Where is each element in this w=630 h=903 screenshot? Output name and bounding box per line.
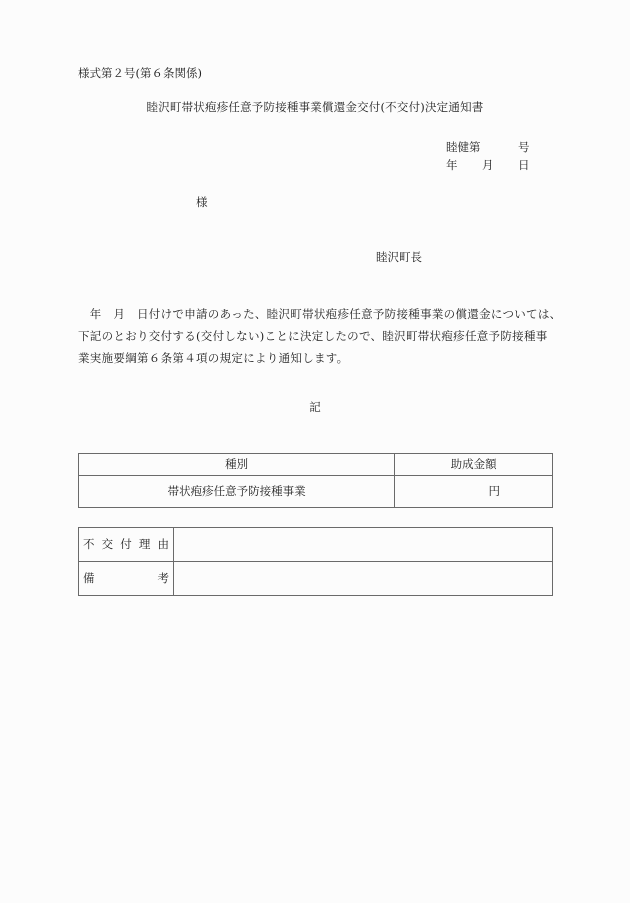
label-char: 不 xyxy=(83,539,95,551)
label-char: 交 xyxy=(102,539,114,551)
date-day: 日 xyxy=(518,160,530,172)
value-non-grant-reason xyxy=(174,528,553,562)
grant-table: 種別 助成金額 帯状疱疹任意予防接種事業 円 xyxy=(78,453,553,508)
label-char: 由 xyxy=(158,539,170,551)
form-number: 様式第２号(第６条関係) xyxy=(78,68,202,80)
sender: 睦沢町長 xyxy=(376,252,422,264)
label-char: 備 xyxy=(83,573,95,585)
table-row: 不 交 付 理 由 xyxy=(79,528,553,562)
addressee: 様 xyxy=(196,197,208,209)
reason-table: 不 交 付 理 由 備 考 xyxy=(78,527,553,596)
label-char: 理 xyxy=(139,539,151,551)
grant-table-header: 種別 助成金額 xyxy=(79,454,553,476)
date-year: 年 xyxy=(446,160,458,172)
table-row: 備 考 xyxy=(79,562,553,596)
label-char: 考 xyxy=(158,573,170,585)
value-remarks xyxy=(174,562,553,596)
label-remarks: 備 考 xyxy=(79,562,174,596)
document-title: 睦沢町帯状疱疹任意予防接種事業償還金交付(不交付)決定通知書 xyxy=(0,102,630,114)
document-number-suffix: 号 xyxy=(518,142,530,154)
label-char: 付 xyxy=(120,539,132,551)
body-paragraph: 年 月 日付けで申請のあった、睦沢町帯状疱疹任意予防接種事業の償還金については、… xyxy=(78,303,554,369)
body-line: 年 月 日付けで申請のあった、睦沢町帯状疱疹任意予防接種事業の償還金については、 xyxy=(78,303,554,325)
cell-amount: 円 xyxy=(395,476,553,508)
body-line: 業実施要綱第６条第４項の規定により通知します。 xyxy=(78,347,554,369)
cell-kind: 帯状疱疹任意予防接種事業 xyxy=(79,476,395,508)
document-number-prefix: 睦健第 xyxy=(446,142,481,154)
header-amount: 助成金額 xyxy=(395,454,553,476)
label-non-grant-reason: 不 交 付 理 由 xyxy=(79,528,174,562)
header-kind: 種別 xyxy=(79,454,395,476)
table-row: 帯状疱疹任意予防接種事業 円 xyxy=(79,476,553,508)
body-line: 下記のとおり交付する(交付しない)ことに決定したので、睦沢町帯状疱疹任意予防接種… xyxy=(78,325,554,347)
ki-heading: 記 xyxy=(0,402,630,414)
date-month: 月 xyxy=(482,160,494,172)
